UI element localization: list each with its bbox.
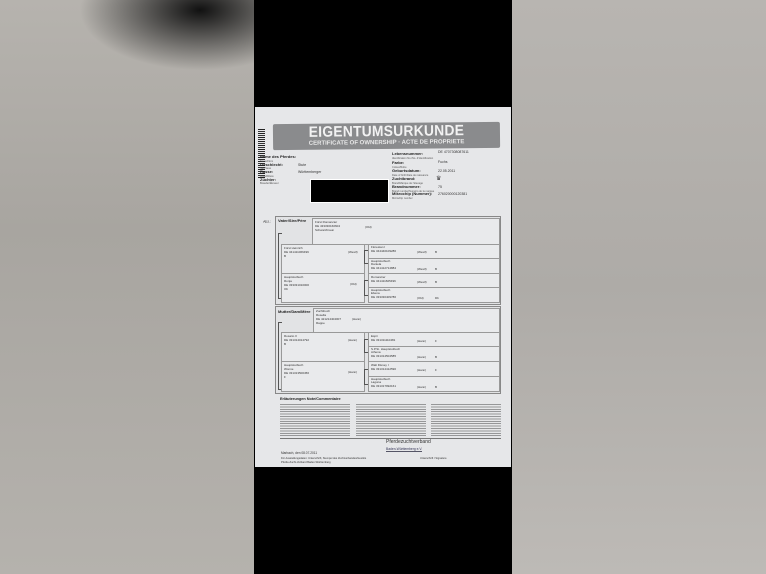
sire-great-2: Hauptstutbuch Daniela DE 341412714884 (W… (368, 258, 500, 274)
dam-great-4: Hauptstutbuch Laguna DE 331317992161 (Ha… (368, 376, 500, 392)
comments-column-fr (431, 404, 501, 436)
organization-name: Pferdezuchtverband (386, 439, 431, 445)
dam-great-3: Walt Disney I DE 331314412590 (Hann) F (368, 361, 500, 377)
place-date: Marbach, den 08.07.2011 (281, 451, 317, 455)
brand-mark-icon: ♛ (436, 175, 441, 182)
title-banner: EIGENTUMSURKUNDE CERTIFICATE OF OWNERSHI… (273, 122, 500, 150)
footer-note-2: Pferde-Zucht-Verband Baden-Württemberg (281, 461, 331, 464)
dam-box: Zuchtbuch Rosella DE 421214404007 Rappe … (313, 308, 500, 333)
blurred-background-left (0, 0, 254, 574)
field-id-number: Lebensnummer: Identification No./No. d'i… (392, 152, 507, 161)
redacted-area (310, 179, 389, 203)
field-microchip: Mikrochip (Nummer): Microchip number 276… (392, 192, 507, 199)
dam-great-1: Espri DE 331311110481 (Hann) F (368, 332, 500, 347)
dam-grandsire-box: Rosario II DE 331314014792 B (Hann) (281, 332, 365, 362)
sire-great-4: Hauptstutbuch Ebena DE 333330409786 (Old… (368, 287, 500, 303)
left-fields: Name des Pferdes: Name/Nom Geschlecht: S… (260, 155, 296, 185)
organization-stamp: Baden-Württemberg e.V. (386, 447, 422, 452)
footer-note-1: Für Ausstellungsdaten: Unterschrift, Ste… (281, 457, 366, 460)
field-breed: Rasse: Breed/Race Württemberger (260, 170, 296, 178)
dam-section: Mutter/Dam/Mère Zuchtbuch Rosella DE 421… (275, 306, 501, 394)
sire-great-3: Romancier DE 341411605496 (Westf) B (368, 273, 500, 288)
dam-great-2: S.P.St. Hauptstutbuch Athena DE 33131450… (368, 346, 500, 362)
field-breeder: Züchter: Breeder/Éleveur (260, 178, 296, 186)
sire-section: Vater/Sire/Père Fürst Romancier DE 43333… (275, 216, 501, 305)
comments-column-de (280, 404, 350, 436)
signatory: Unterschrift / Signature (420, 457, 447, 460)
sire-box: Fürst Romancier DE 433330160604 Schwarzb… (312, 218, 500, 245)
blurred-background-right (512, 0, 766, 574)
comments-column-en (356, 404, 426, 436)
sire-great-1: Florestan I DE 344440109286 (Westf) B (368, 244, 500, 259)
comments-heading: Erläuterungen Note/Commentaire (280, 397, 341, 401)
right-fields: Lebensnummer: Identification No./No. d'i… (392, 152, 507, 199)
document-subtitle: CERTIFICATE OF OWNERSHIP · ACTE DE PROPR… (273, 138, 500, 148)
sire-grandsire-box: Fürst Heinrich DE 341411066499 B (Westf) (281, 244, 365, 274)
dam-granddam-box: Hauptstutbuch Wonne DE 331313500456 F (H… (281, 361, 365, 392)
ownership-certificate: EIGENTUMSURKUNDE CERTIFICATE OF OWNERSHI… (255, 107, 511, 467)
sire-granddam-box: Hauptstutbuch Ronja DE 333331010000 Ob (… (281, 273, 365, 303)
